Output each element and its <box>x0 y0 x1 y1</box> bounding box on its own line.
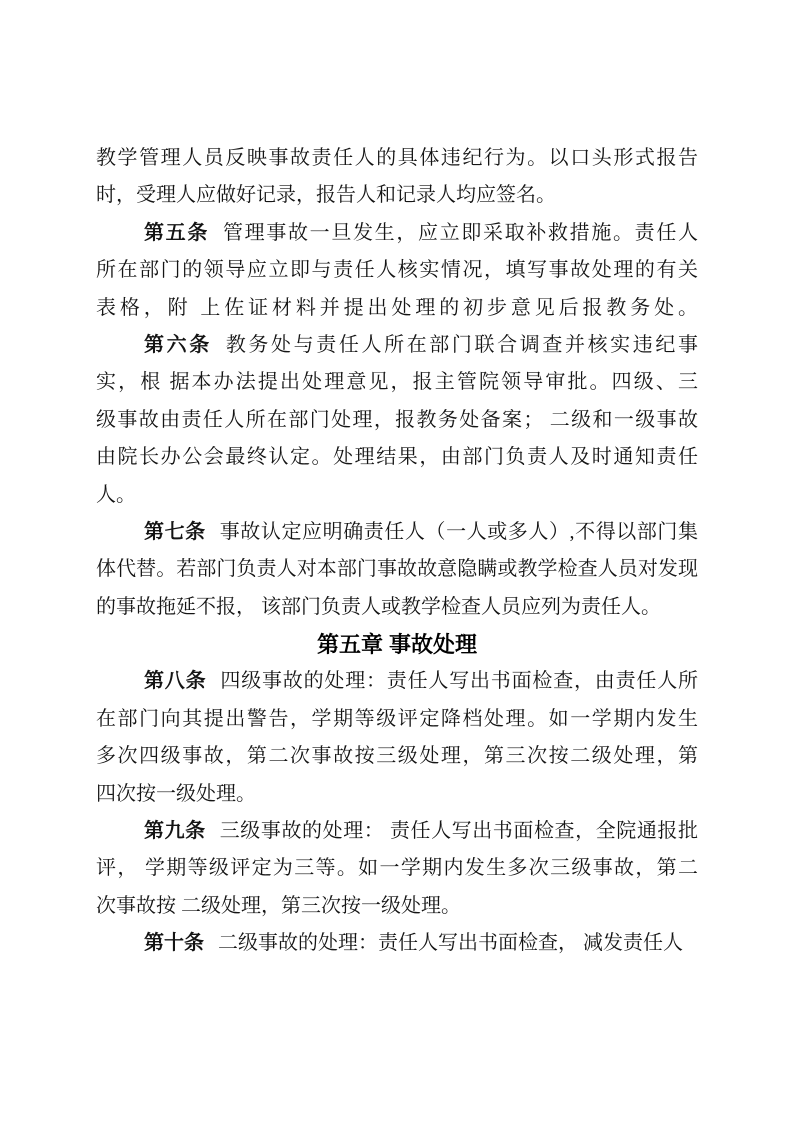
continuation-line-1: 教学管理人员反映事故责任人的具体违纪行为。以口头形式报告 <box>96 140 698 177</box>
article-10-text: 二级事故的处理：责任人写出书面检查， 减发责任人 <box>218 932 683 954</box>
article-8-text: 四级事故的处理：责任人写出书面检查，由责任人所 <box>220 670 698 692</box>
article-10-number: 第十条 <box>144 932 204 954</box>
article-5-number: 第五条 <box>144 222 209 244</box>
article-5-first-line: 第五条管理事故一旦发生，应立即采取补救措施。责任人 <box>96 215 698 252</box>
article-7-first-line: 第七条事故认定应明确责任人（一人或多人）,不得以部门集 <box>96 514 698 551</box>
article-6-first-line: 第六条教务处与责任人所在部门联合调查并核实违纪事 <box>96 327 698 364</box>
article-8-line-4: 四次按一级处理。 <box>96 776 698 813</box>
article-8-first-line: 第八条四级事故的处理：责任人写出书面检查，由责任人所 <box>96 663 698 700</box>
article-9-first-line: 第九条三级事故的处理： 责任人写出书面检查，全院通报批 <box>96 813 698 850</box>
article-5-text: 管理事故一旦发生，应立即采取补救措施。责任人 <box>223 222 698 244</box>
article-6-line-4: 由院长办公会最终认定。处理结果，由部门负责人及时通知责任 <box>96 439 698 476</box>
article-7-number: 第七条 <box>144 521 206 543</box>
article-5-line-3: 表格，附 上佐证材料并提出处理的初步意见后报教务处。 <box>96 290 698 327</box>
article-5-line-2: 所在部门的领导应立即与责任人核实情况，填写事故处理的有关 <box>96 252 698 289</box>
article-6-line-3: 级事故由责任人所在部门处理，报教务处备案； 二级和一级事故 <box>96 402 698 439</box>
article-6-line-2: 实，根 据本办法提出处理意见，报主管院领导审批。四级、三 <box>96 364 698 401</box>
article-10-first-line: 第十条二级事故的处理：责任人写出书面检查， 减发责任人 <box>96 925 698 962</box>
article-7-text: 事故认定应明确责任人（一人或多人）,不得以部门集 <box>220 521 698 543</box>
article-7-line-2: 体代替。若部门负责人对本部门事故故意隐瞒或教学检查人员对发现 <box>96 551 698 588</box>
article-8-line-3: 多次四级事故，第二次事故按三级处理，第三次按二级处理，第 <box>96 738 698 775</box>
document-page: 教学管理人员反映事故责任人的具体违纪行为。以口头形式报告 时，受理人应做好记录，… <box>0 0 794 1122</box>
article-6-number: 第六条 <box>144 334 212 356</box>
article-8-line-2: 在部门向其提出警告，学期等级评定降档处理。如一学期内发生 <box>96 701 698 738</box>
article-9-line-2: 评， 学期等级评定为三等。如一学期内发生多次三级事故，第二 <box>96 850 698 887</box>
article-9-text: 三级事故的处理： 责任人写出书面检查，全院通报批 <box>220 820 698 842</box>
article-6-line-5: 人。 <box>96 477 698 514</box>
article-8-number: 第八条 <box>144 670 206 692</box>
article-7-line-3: 的事故拖延不报， 该部门负责人或教学检查人员应列为责任人。 <box>96 589 698 626</box>
article-6-text: 教务处与责任人所在部门联合调查并核实违纪事 <box>226 334 698 356</box>
continuation-line-2: 时，受理人应做好记录，报告人和记录人均应签名。 <box>96 177 698 214</box>
article-9-line-3: 次事故按 二级处理，第三次按一级处理。 <box>96 888 698 925</box>
document-body: 教学管理人员反映事故责任人的具体违纪行为。以口头形式报告 时，受理人应做好记录，… <box>96 140 698 963</box>
chapter-heading: 第五章 事故处理 <box>96 626 698 663</box>
article-9-number: 第九条 <box>144 820 206 842</box>
